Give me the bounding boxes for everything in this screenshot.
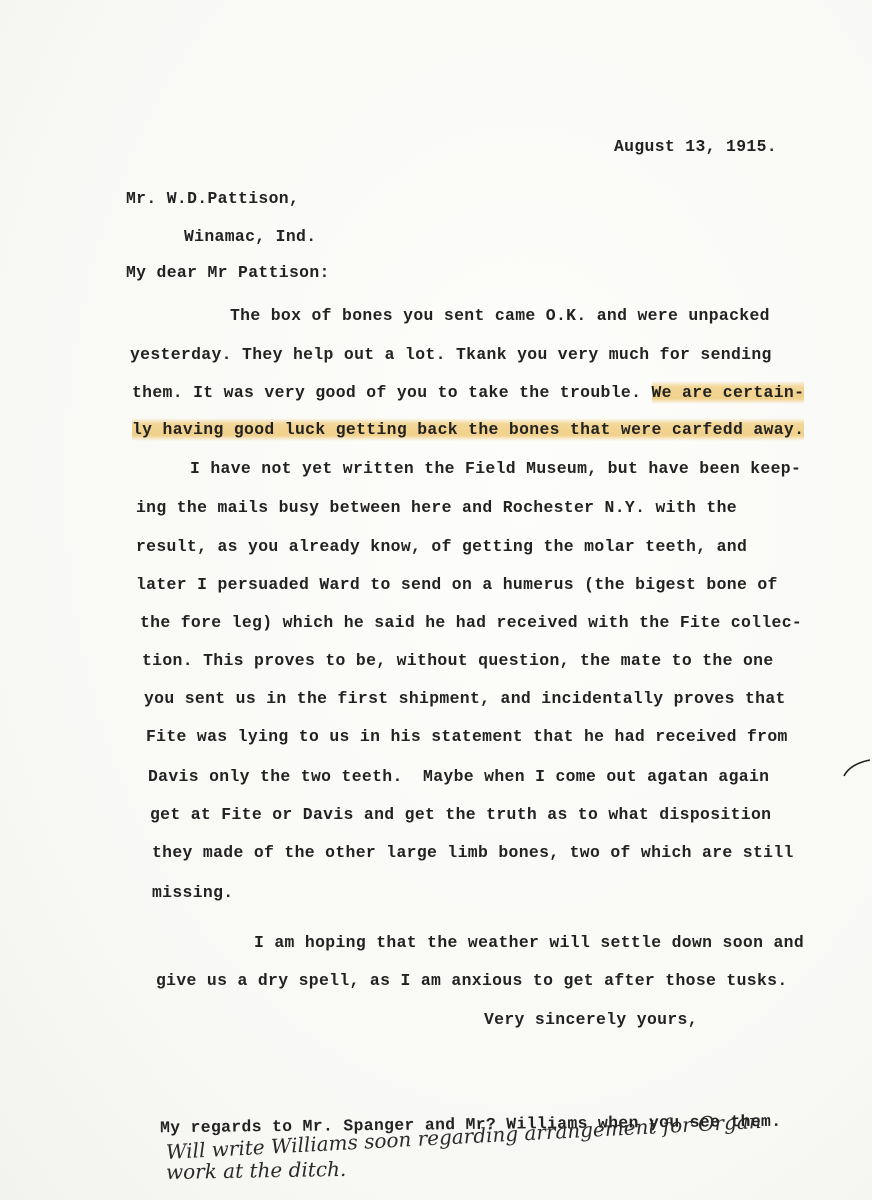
highlighted-text: We are certain- (652, 381, 805, 404)
paragraph2-line: the fore leg) which he said he had recei… (140, 613, 802, 632)
paragraph1-line: ly having good luck getting back the bon… (132, 420, 804, 439)
paragraph2-line: missing. (152, 883, 234, 902)
handwritten-note-line2: work at the ditch. (166, 1157, 347, 1184)
paragraph3-line: I am hoping that the weather will settle… (254, 933, 804, 952)
highlighted-text: ly having good luck getting back the bon… (132, 418, 804, 441)
paragraph2-line: you sent us in the first shipment, and i… (144, 689, 786, 708)
paragraph2-line: get at Fite or Davis and get the truth a… (150, 805, 771, 824)
recipient-name: Mr. W.D.Pattison, (126, 189, 299, 208)
paragraph1-line: them. It was very good of you to take th… (132, 383, 804, 402)
paragraph1-line: The box of bones you sent came O.K. and … (230, 306, 770, 325)
paragraph2-line: Fite was lying to us in his statement th… (146, 727, 788, 746)
paragraph1-line: yesterday. They help out a lot. Tkank yo… (130, 345, 772, 364)
paragraph3-line: give us a dry spell, as I am anxious to … (156, 971, 788, 990)
recipient-address: Winamac, Ind. (184, 227, 316, 246)
letter-page: August 13, 1915. Mr. W.D.Pattison, Winam… (0, 0, 872, 1200)
paragraph1-line-text: them. It was very good of you to take th… (132, 383, 652, 402)
paragraph2-line: later I persuaded Ward to send on a hume… (136, 575, 778, 594)
paragraph2-line: I have not yet written the Field Museum,… (190, 459, 801, 478)
letter-date: August 13, 1915. (614, 137, 777, 156)
paragraph2-line: ing the mails busy between here and Roch… (136, 498, 737, 517)
salutation: My dear Mr Pattison: (126, 263, 330, 282)
paragraph2-line: they made of the other large limb bones,… (152, 843, 794, 862)
margin-pen-mark-icon (842, 758, 872, 778)
paragraph2-line: result, as you already know, of getting … (136, 537, 747, 556)
paragraph2-line: Davis only the two teeth. Maybe when I c… (148, 767, 769, 786)
paragraph2-line: tion. This proves to be, without questio… (142, 651, 774, 670)
closing: Very sincerely yours, (484, 1010, 698, 1029)
